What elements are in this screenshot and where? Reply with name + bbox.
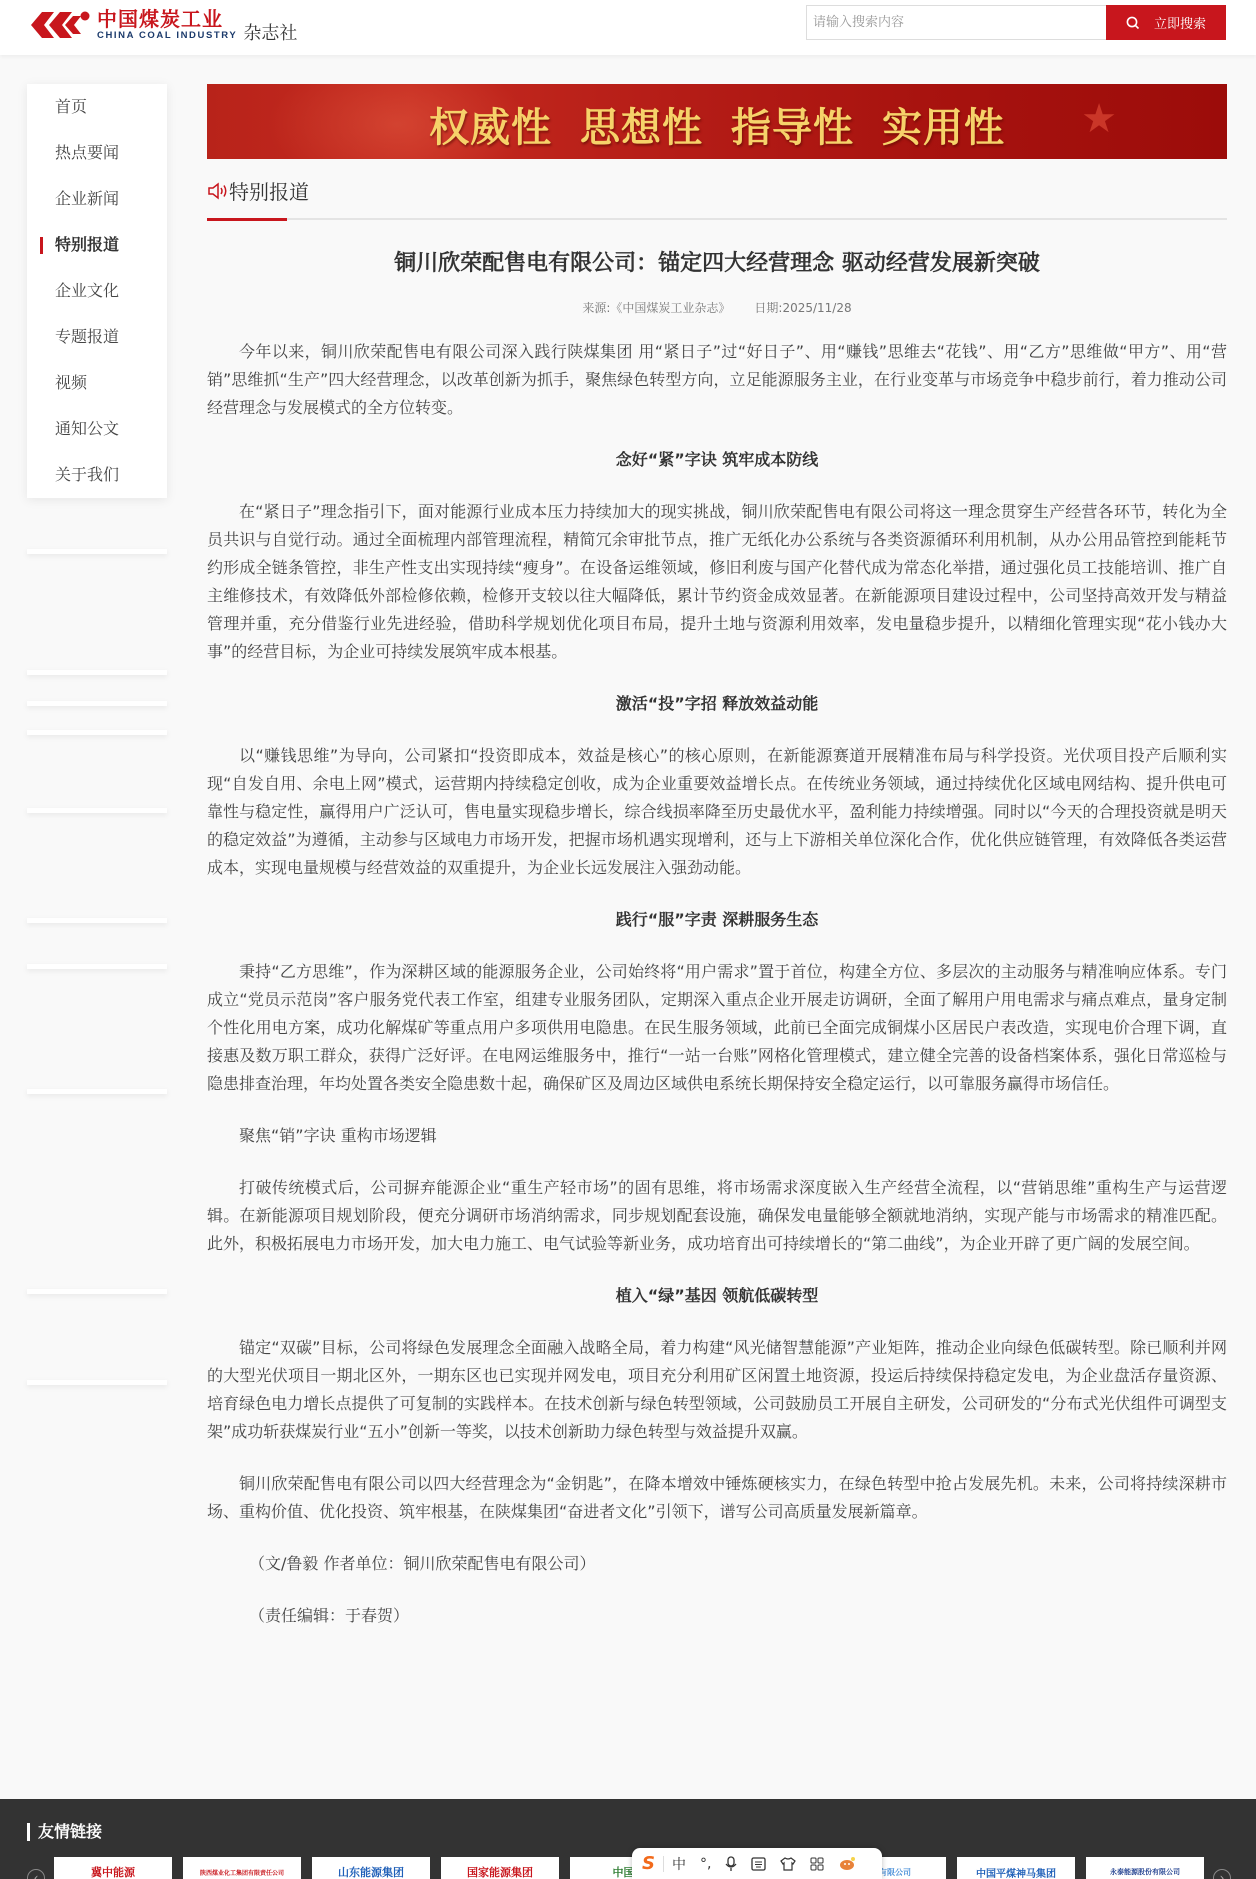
friendly-link[interactable]: 中国平煤神马集团 — [957, 1857, 1075, 1879]
friendly-link-label: 冀中能源 — [91, 1864, 135, 1879]
sidebar-item-home[interactable]: 首页 — [27, 84, 167, 130]
article-author: （文/鲁毅 作者单位：铜川欣荣配售电有限公司） — [207, 1550, 1227, 1578]
search-icon — [1126, 16, 1140, 30]
sidebar-item-special-report[interactable]: 特别报道 — [27, 222, 167, 268]
article-paragraph: 在“紧日子”理念指引下，面对能源行业成本压力持续加大的现实挑战，铜川欣荣配售电有… — [207, 498, 1227, 666]
article-subheading: 植入“绿”基因 领航低碳转型 — [207, 1282, 1227, 1310]
article-editor: （责任编辑：于春贺） — [207, 1602, 1227, 1630]
ime-toolbar: S 中 °, — [632, 1848, 882, 1879]
banner-slogan: 权威性 — [429, 105, 552, 151]
mascot-icon[interactable] — [838, 1856, 856, 1872]
footer: 友情链接 ‹ 冀中能源 陕西煤业化工集团有限责任公司 山东能源集团 国家能源集团… — [0, 1799, 1256, 1879]
speaker-icon — [207, 181, 229, 201]
article-source: 来源:《中国煤炭工业杂志》 — [582, 301, 730, 315]
keyboard-icon[interactable] — [751, 1857, 766, 1871]
friendly-link[interactable]: 陕西煤业化工集团有限责任公司 — [183, 1857, 301, 1879]
article-subheading: 激活“投”字招 释放效益动能 — [207, 690, 1227, 718]
friendly-link-label: 永泰能源股份有限公司 — [1110, 1867, 1180, 1877]
article-paragraph: 以“赚钱思维”为导向，公司紧扣“投资即成本，效益是核心”的核心原则，在新能源赛道… — [207, 742, 1227, 882]
sidebar-item-enterprise-news[interactable]: 企业新闻 — [27, 176, 167, 222]
search-button-label: 立即搜索 — [1154, 13, 1206, 32]
sidebar-ghost-divider — [27, 1289, 167, 1294]
logo-press-label: 杂志社 — [243, 19, 297, 45]
section-header: 特别报道 — [207, 172, 1227, 220]
site-header: 中国煤炭工业 CHINA COAL INDUSTRY 杂志社 立即搜索 — [0, 0, 1256, 55]
banner-slogan: 指导性 — [731, 105, 854, 151]
article-paragraph: 铜川欣荣配售电有限公司以四大经营理念为“金钥匙”，在降本增效中锤炼硬核实力，在绿… — [207, 1470, 1227, 1526]
friendly-link[interactable]: 国家能源集团 — [441, 1857, 559, 1879]
search-bar: 立即搜索 — [806, 5, 1226, 40]
sidebar-item-video[interactable]: 视频 — [27, 360, 167, 406]
sidebar-ghost-divider — [27, 549, 167, 554]
search-input[interactable] — [806, 5, 1106, 40]
friendly-links-title: 友情链接 — [27, 1823, 102, 1841]
sidebar-ghost-divider — [27, 1380, 167, 1385]
carousel-prev-button[interactable]: ‹ — [27, 1869, 45, 1879]
article-subheading: 践行“服”字责 深耕服务生态 — [207, 906, 1227, 934]
ime-punctuation-toggle[interactable]: °, — [700, 1856, 711, 1872]
article-paragraph: 打破传统模式后，公司摒弃能源企业“重生产轻市场”的固有思维，将市场需求深度嵌入生… — [207, 1174, 1227, 1258]
article-date: 日期:2025/11/28 — [754, 301, 851, 315]
search-button[interactable]: 立即搜索 — [1106, 5, 1226, 40]
ime-separator — [663, 1856, 664, 1872]
sidebar-ghost-divider — [27, 730, 167, 735]
chevron-right-icon: › — [1220, 1871, 1225, 1879]
sidebar-nav: 首页 热点要闻 企业新闻 特别报道 企业文化 专题报道 视频 通知公文 关于我们 — [27, 84, 167, 498]
article-paragraph: 今年以来，铜川欣荣配售电有限公司深入践行陕煤集团 用“紧日子”过“好日子”、用“… — [207, 338, 1227, 422]
sidebar-item-notices[interactable]: 通知公文 — [27, 406, 167, 452]
logo-english-name: CHINA COAL INDUSTRY — [97, 30, 237, 42]
banner-slogan: 实用性 — [882, 105, 1005, 151]
friendly-link-label: 国家能源集团 — [467, 1864, 533, 1879]
article-body: 今年以来，铜川欣荣配售电有限公司深入践行陕煤集团 用“紧日子”过“好日子”、用“… — [207, 338, 1227, 1630]
article-title: 铜川欣荣配售电有限公司：锚定四大经营理念 驱动经营发展新突破 — [207, 244, 1227, 284]
sidebar-ghost-divider — [27, 918, 167, 923]
article-subheading: 念好“紧”字诀 筑牢成本防线 — [207, 446, 1227, 474]
sidebar-ghost-divider — [27, 964, 167, 969]
banner-slogans: 权威性思想性指导性实用性 — [207, 96, 1227, 153]
sidebar-item-topic-report[interactable]: 专题报道 — [27, 314, 167, 360]
site-logo[interactable]: 中国煤炭工业 CHINA COAL INDUSTRY 杂志社 — [27, 5, 297, 45]
article-paragraph: 秉持“乙方思维”，作为深耕区域的能源服务企业，公司始终将“用户需求”置于首位，构… — [207, 958, 1227, 1098]
microphone-icon[interactable] — [725, 1856, 737, 1872]
chevron-left-icon: ‹ — [34, 1871, 39, 1879]
sogou-logo-icon[interactable]: S — [642, 1853, 655, 1874]
carousel-next-button[interactable]: › — [1213, 1869, 1231, 1879]
sidebar-ghost-divider — [27, 1089, 167, 1094]
article-paragraph: 锚定“双碳”目标，公司将绿色发展理念全面融入战略全局，着力构建“风光储智慧能源”… — [207, 1334, 1227, 1446]
apps-icon[interactable] — [810, 1857, 824, 1871]
friendly-link[interactable]: 永泰能源股份有限公司 — [1086, 1857, 1204, 1879]
article-subheading: 聚焦“销”字诀 重构市场逻辑 — [207, 1122, 1227, 1150]
article: 铜川欣荣配售电有限公司：锚定四大经营理念 驱动经营发展新突破 来源:《中国煤炭工… — [207, 240, 1227, 1654]
sidebar-item-hot-news[interactable]: 热点要闻 — [27, 130, 167, 176]
article-meta: 来源:《中国煤炭工业杂志》日期:2025/11/28 — [207, 298, 1227, 318]
skin-icon[interactable] — [780, 1857, 796, 1871]
sidebar-item-about-us[interactable]: 关于我们 — [27, 452, 167, 498]
sidebar-ghost-divider — [27, 670, 167, 675]
friendly-link[interactable]: 冀中能源 — [54, 1857, 172, 1879]
sidebar-ghost-divider — [27, 808, 167, 813]
ime-mode-toggle[interactable]: 中 — [672, 1854, 686, 1874]
friendly-link-label: 山东能源集团 — [338, 1864, 404, 1879]
slogan-banner: 权威性思想性指导性实用性 — [207, 84, 1227, 159]
section-underline — [207, 218, 287, 221]
ccc-logo-icon — [27, 8, 91, 42]
friendly-link-label: 陕西煤业化工集团有限责任公司 — [200, 1868, 284, 1877]
friendly-link-label: 中国平煤神马集团 — [976, 1865, 1056, 1879]
sidebar-ghost-divider — [27, 701, 167, 706]
banner-slogan: 思想性 — [580, 105, 703, 151]
sidebar-item-enterprise-culture[interactable]: 企业文化 — [27, 268, 167, 314]
logo-chinese-name: 中国煤炭工业 — [97, 8, 237, 30]
friendly-link[interactable]: 山东能源集团 — [312, 1857, 430, 1879]
section-title: 特别报道 — [229, 176, 309, 205]
